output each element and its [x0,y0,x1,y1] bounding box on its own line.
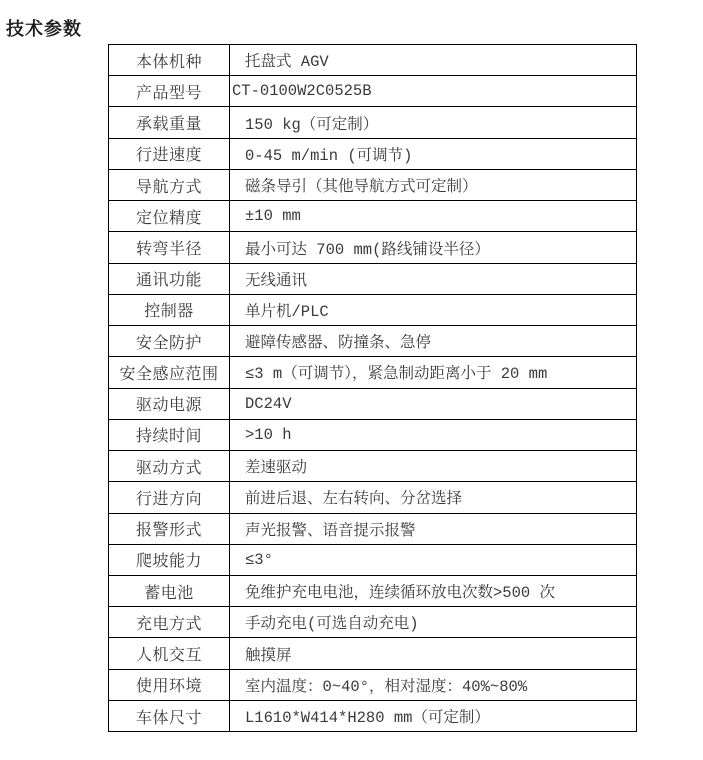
table-row: 导航方式 磁条导引（其他导航方式可定制） [109,169,636,200]
table-row: 使用环境 室内温度：0~40°，相对湿度：40%~80% [109,669,636,700]
table-row: 转弯半径 最小可达 700 mm(路线铺设半径） [109,231,636,262]
spec-name-cell: 本体机种 [109,45,230,75]
spec-value-cell: 托盘式 AGV [230,45,636,75]
table-row: 行进速度 0-45 m/min (可调节) [109,138,636,169]
table-row: 通讯功能 无线通讯 [109,263,636,294]
spec-value-cell: ≤3° [230,545,636,575]
spec-value-cell: 无线通讯 [230,264,636,294]
spec-name-cell: 车体尺寸 [109,701,230,731]
spec-name-cell: 通讯功能 [109,264,230,294]
table-row: 持续时间 >10 h [109,419,636,450]
spec-value-cell: 150 kg（可定制） [230,107,636,137]
spec-name-cell: 持续时间 [109,420,230,450]
spec-value-cell: CT-0100W2C0525B [230,76,636,106]
table-row: 承载重量 150 kg（可定制） [109,106,636,137]
table-row: 安全感应范围 ≤3 m（可调节），紧急制动距离小于 20 mm [109,356,636,387]
spec-value-cell: 差速驱动 [230,451,636,481]
table-row: 控制器 单片机/PLC [109,294,636,325]
spec-value-cell: >10 h [230,420,636,450]
spec-value-cell: DC24V [230,389,636,419]
spec-value-cell: 最小可达 700 mm(路线铺设半径） [230,232,636,262]
spec-name-cell: 安全防护 [109,326,230,356]
table-row: 安全防护 避障传感器、防撞条、急停 [109,325,636,356]
spec-value-cell: ±10 mm [230,201,636,231]
spec-value-cell: 避障传感器、防撞条、急停 [230,326,636,356]
table-row: 产品型号 CT-0100W2C0525B [109,75,636,106]
spec-name-cell: 承载重量 [109,107,230,137]
table-row: 充电方式 手动充电(可选自动充电) [109,606,636,637]
spec-name-cell: 蓄电池 [109,576,230,606]
spec-name-cell: 定位精度 [109,201,230,231]
table-row: 人机交互 触摸屏 [109,637,636,668]
spec-name-cell: 爬坡能力 [109,545,230,575]
table-row: 驱动电源 DC24V [109,388,636,419]
spec-table: 本体机种 托盘式 AGV 产品型号 CT-0100W2C0525B 承载重量 1… [108,44,637,732]
spec-name-cell: 报警形式 [109,514,230,544]
spec-name-cell: 产品型号 [109,76,230,106]
spec-value-cell: 0-45 m/min (可调节) [230,139,636,169]
table-row: 报警形式 声光报警、语音提示报警 [109,513,636,544]
table-row: 本体机种 托盘式 AGV [109,45,636,75]
spec-value-cell: 室内温度：0~40°，相对湿度：40%~80% [230,670,636,700]
spec-value-cell: L1610*W414*H280 mm（可定制） [230,701,636,731]
table-row: 定位精度 ±10 mm [109,200,636,231]
table-row: 驱动方式 差速驱动 [109,450,636,481]
spec-name-cell: 充电方式 [109,607,230,637]
spec-name-cell: 转弯半径 [109,232,230,262]
spec-value-cell: 免维护充电电池，连续循环放电次数>500 次 [230,576,636,606]
table-row: 爬坡能力 ≤3° [109,544,636,575]
spec-name-cell: 控制器 [109,295,230,325]
spec-name-cell: 驱动方式 [109,451,230,481]
spec-value-cell: ≤3 m（可调节），紧急制动距离小于 20 mm [230,357,636,387]
table-row: 行进方向 前进后退、左右转向、分岔选择 [109,481,636,512]
spec-value-cell: 触摸屏 [230,638,636,668]
spec-value-cell: 单片机/PLC [230,295,636,325]
spec-value-cell: 手动充电(可选自动充电) [230,607,636,637]
spec-name-cell: 行进速度 [109,139,230,169]
spec-value-cell: 前进后退、左右转向、分岔选择 [230,482,636,512]
spec-name-cell: 使用环境 [109,670,230,700]
table-row: 车体尺寸 L1610*W414*H280 mm（可定制） [109,700,636,731]
spec-name-cell: 驱动电源 [109,389,230,419]
spec-name-cell: 导航方式 [109,170,230,200]
spec-name-cell: 安全感应范围 [109,357,230,387]
spec-name-cell: 行进方向 [109,482,230,512]
page-title: 技术参数 [6,15,82,41]
spec-value-cell: 声光报警、语音提示报警 [230,514,636,544]
spec-value-cell: 磁条导引（其他导航方式可定制） [230,170,636,200]
spec-name-cell: 人机交互 [109,638,230,668]
table-row: 蓄电池 免维护充电电池，连续循环放电次数>500 次 [109,575,636,606]
